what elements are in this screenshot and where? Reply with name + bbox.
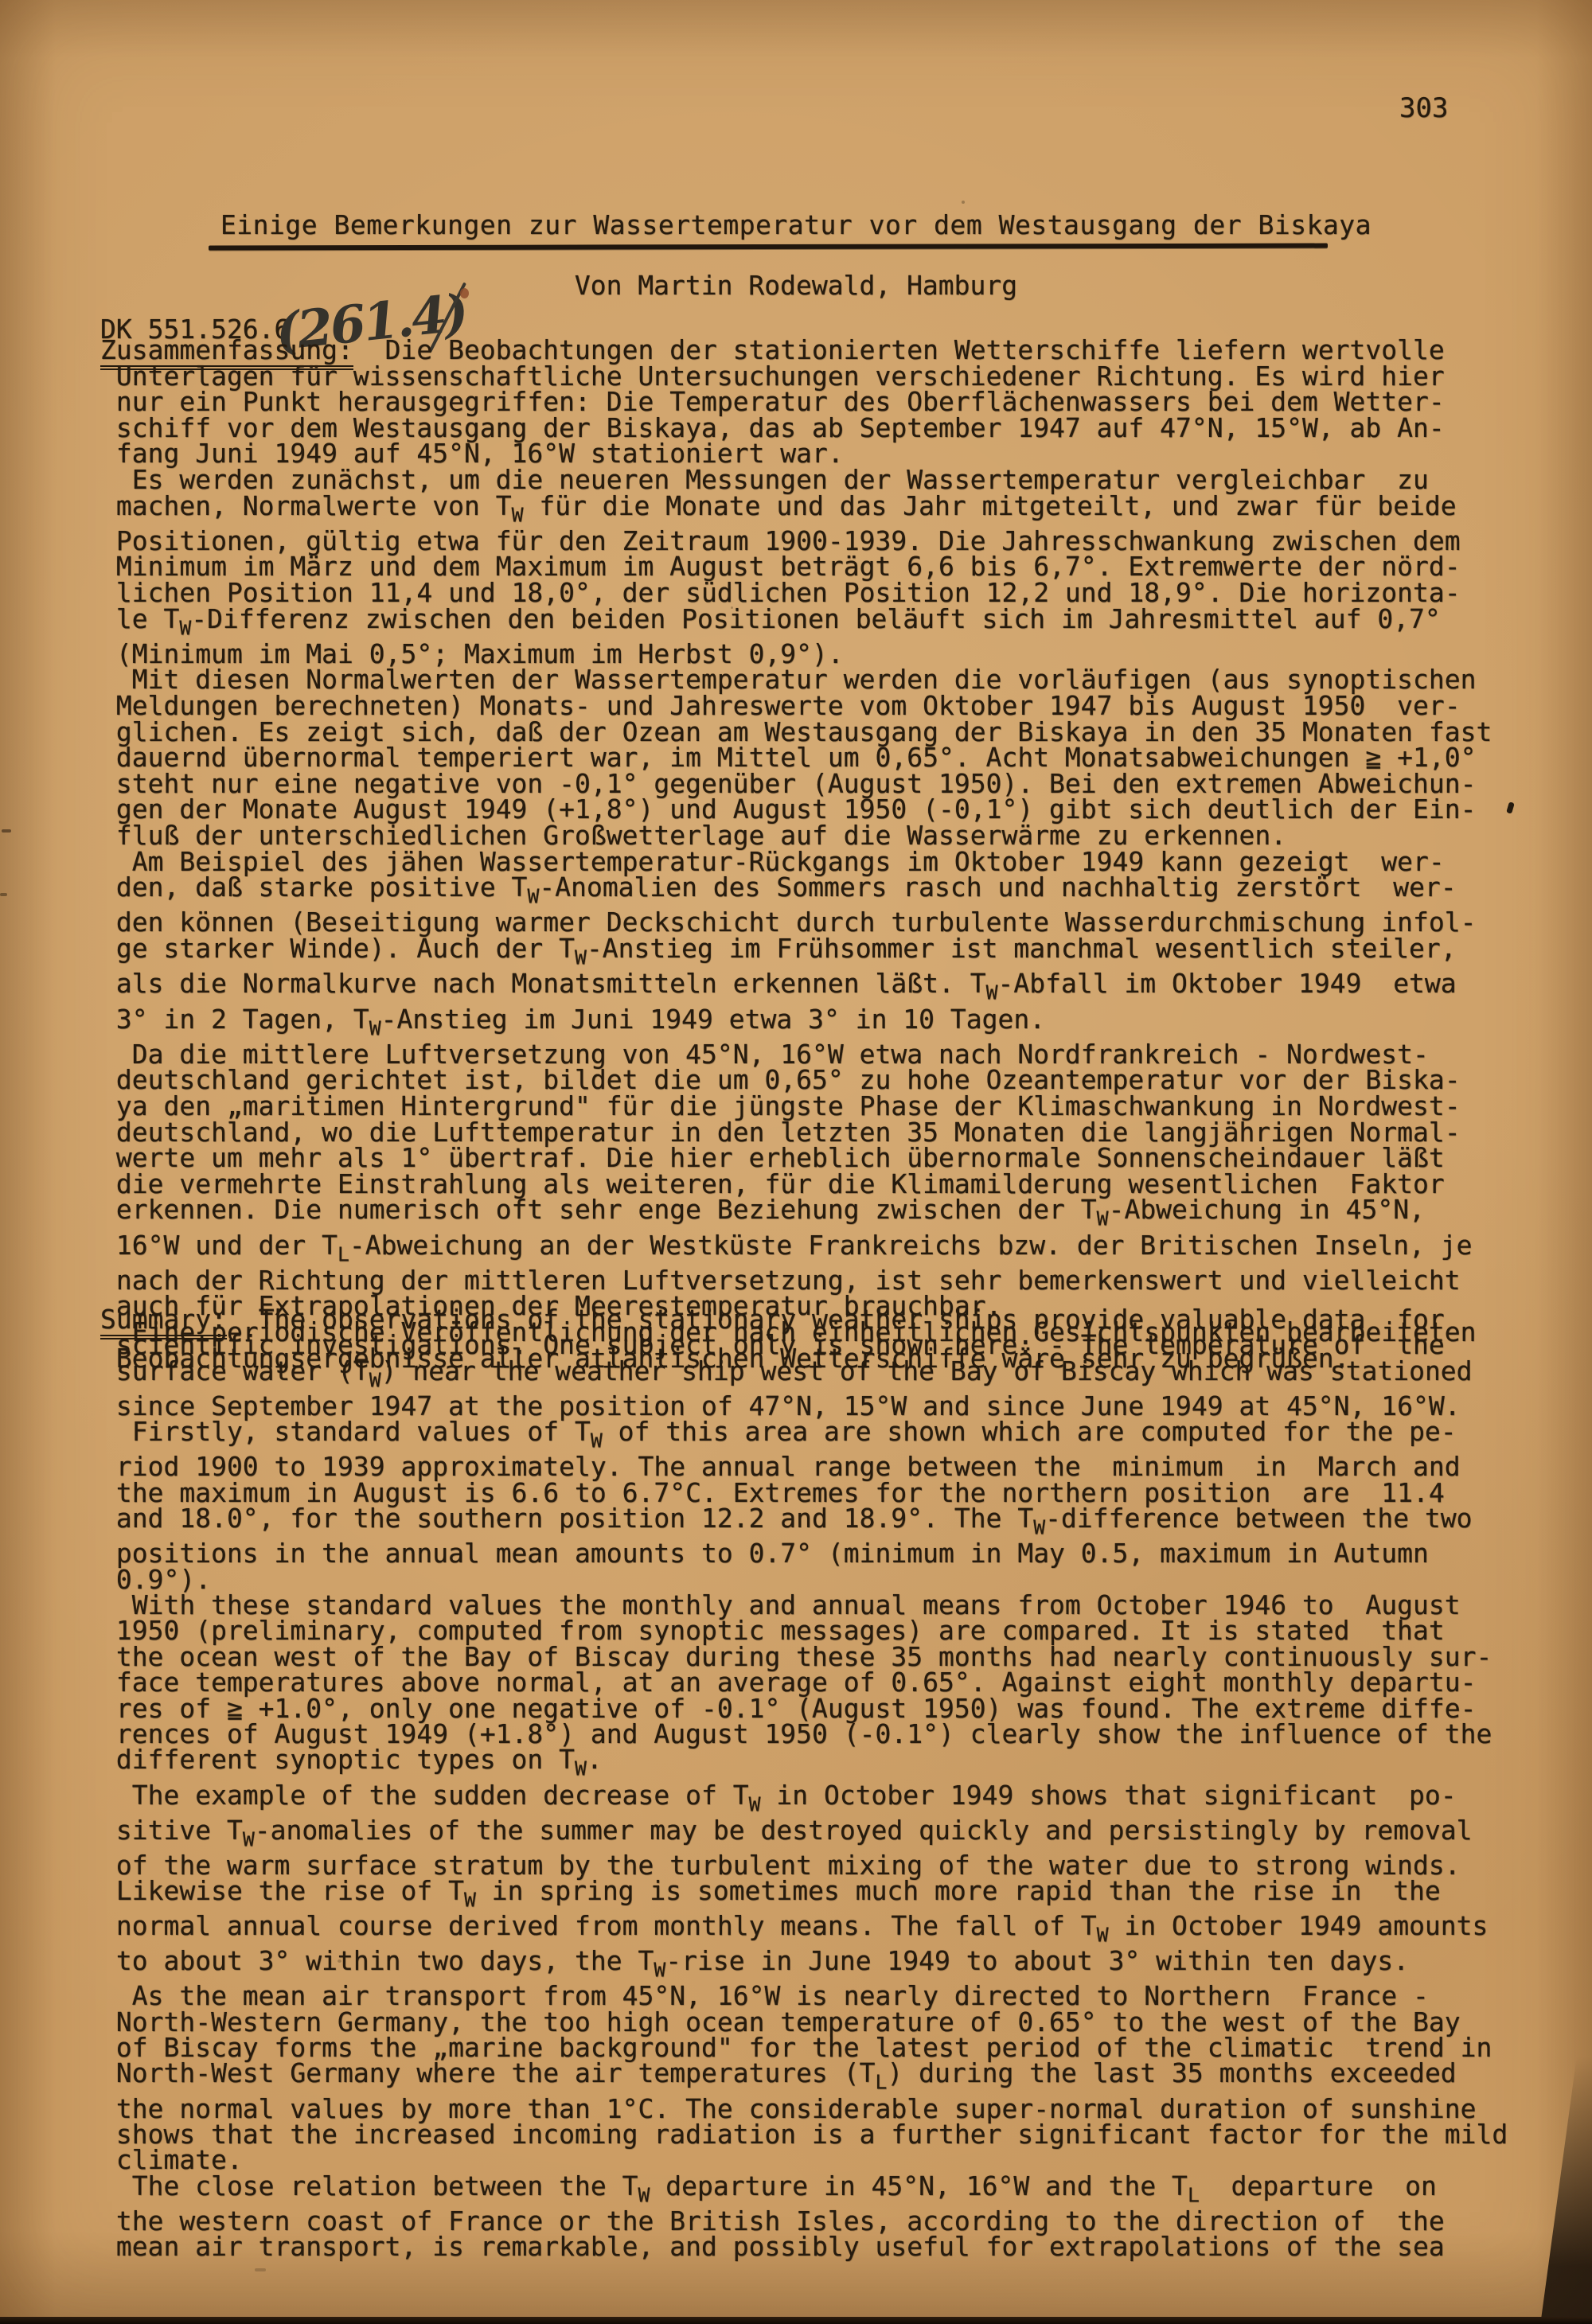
text-line: 1950 (preliminary, computed from synopti… bbox=[100, 1618, 1508, 1644]
paper-speck bbox=[338, 1959, 341, 1963]
paper-speck bbox=[962, 201, 965, 204]
text-line: 3° in 2 Tagen, TW-Anstieg im Juni 1949 e… bbox=[100, 1007, 1492, 1042]
paper-speck bbox=[731, 606, 733, 609]
title-underline-rule bbox=[209, 244, 1328, 251]
page-bottom-edge bbox=[0, 2317, 1592, 2324]
text-line: ya den „maritimen Hintergrund" für die j… bbox=[100, 1094, 1492, 1120]
text-line: ge starker Winde). Auch der TW-Anstieg i… bbox=[100, 936, 1492, 971]
text-line: lichen Position 11,4 und 18,0°, der südl… bbox=[100, 580, 1492, 606]
text-line: and 18.0°, for the southern position 12.… bbox=[100, 1506, 1508, 1541]
text-line: als die Normalkurve nach Monatsmitteln e… bbox=[100, 971, 1492, 1006]
text-line: scientific investigations. One subject o… bbox=[100, 1332, 1508, 1358]
text-line: climate. bbox=[100, 2147, 1508, 2173]
abstract-lines: Unterlagen für wissenschaftliche Untersu… bbox=[100, 364, 1492, 1372]
ink-speck bbox=[1506, 801, 1515, 813]
text-line: Firstly, standard values of TW of this a… bbox=[100, 1419, 1508, 1454]
text-line: normal annual course derived from monthl… bbox=[100, 1913, 1508, 1948]
text-line: dauernd übernormal temperiert war, im Mi… bbox=[100, 745, 1492, 771]
text-line: shows that the increased incoming radiat… bbox=[100, 2122, 1508, 2147]
text-line: den, daß starke positive TW-Anomalien de… bbox=[100, 875, 1492, 910]
text-line: Meldungen berechneten) Monats- und Jahre… bbox=[100, 693, 1492, 719]
edge-mark bbox=[2, 829, 11, 833]
page-number: 303 bbox=[1399, 92, 1448, 124]
text-line: werte um mehr als 1° übertraf. Die hier … bbox=[100, 1145, 1492, 1172]
paper-speck bbox=[255, 2268, 266, 2271]
text-line: mean air transport, is remarkable, and p… bbox=[100, 2234, 1508, 2260]
text-line: nur ein Punkt herausgegriffen: Die Tempe… bbox=[100, 389, 1492, 415]
text-line: Es werden zunächst, um die neueren Messu… bbox=[100, 467, 1492, 493]
edge-mark bbox=[0, 893, 7, 896]
text-line: surface water (TW) near the weather ship… bbox=[100, 1359, 1508, 1394]
page-corner-shadow bbox=[1541, 2057, 1592, 2319]
text-line: machen, Normalwerte von TW für die Monat… bbox=[100, 493, 1492, 528]
text-line: fluß der unterschiedlichen Großwetterlag… bbox=[100, 823, 1492, 849]
text-line: face temperatures above normal, at an av… bbox=[100, 1670, 1508, 1695]
scanned-paper-page: 303 Einige Bemerkungen zur Wassertempera… bbox=[0, 0, 1592, 2324]
text-line: erkennen. Die numerisch oft sehr enge Be… bbox=[100, 1197, 1492, 1232]
text-line: 16°W und der TL-Abweichung an der Westkü… bbox=[100, 1233, 1492, 1268]
text-line: Likewise the rise of TW in spring is som… bbox=[100, 1878, 1508, 1913]
text-line: different synoptic types on TW. bbox=[100, 1747, 1508, 1782]
text-line: The example of the sudden decrease of TW… bbox=[100, 1783, 1508, 1818]
text-line: to about 3° within two days, the TW-rise… bbox=[100, 1948, 1508, 1983]
abstract-first-line: Zusammenfassung: Die Beobachtungen der s… bbox=[100, 337, 1492, 364]
author-byline: Von Martin Rodewald, Hamburg bbox=[0, 270, 1592, 301]
text-line: As the mean air transport from 45°N, 16°… bbox=[100, 1983, 1508, 2009]
paper-speck bbox=[1242, 1512, 1245, 1515]
text-line: The close relation between the TW depart… bbox=[100, 2174, 1508, 2209]
text-line: le TW-Differenz zwischen den beiden Posi… bbox=[100, 606, 1492, 641]
text-line: riod 1900 to 1939 approximately. The ann… bbox=[100, 1454, 1508, 1480]
english-summary-section: Summary: The observations of the station… bbox=[100, 1307, 1508, 2260]
german-abstract-section: Zusammenfassung: Die Beobachtungen der s… bbox=[100, 337, 1492, 1371]
text-line: North-West Germany where the air tempera… bbox=[100, 2061, 1508, 2096]
text-line: positions in the annual mean amounts to … bbox=[100, 1541, 1508, 1566]
summary-lines: scientific investigations. One subject o… bbox=[100, 1332, 1508, 2260]
text-line: sitive TW-anomalies of the summer may be… bbox=[100, 1818, 1508, 1853]
ink-dot bbox=[460, 288, 469, 298]
article-title: Einige Bemerkungen zur Wassertemperatur … bbox=[0, 209, 1592, 240]
